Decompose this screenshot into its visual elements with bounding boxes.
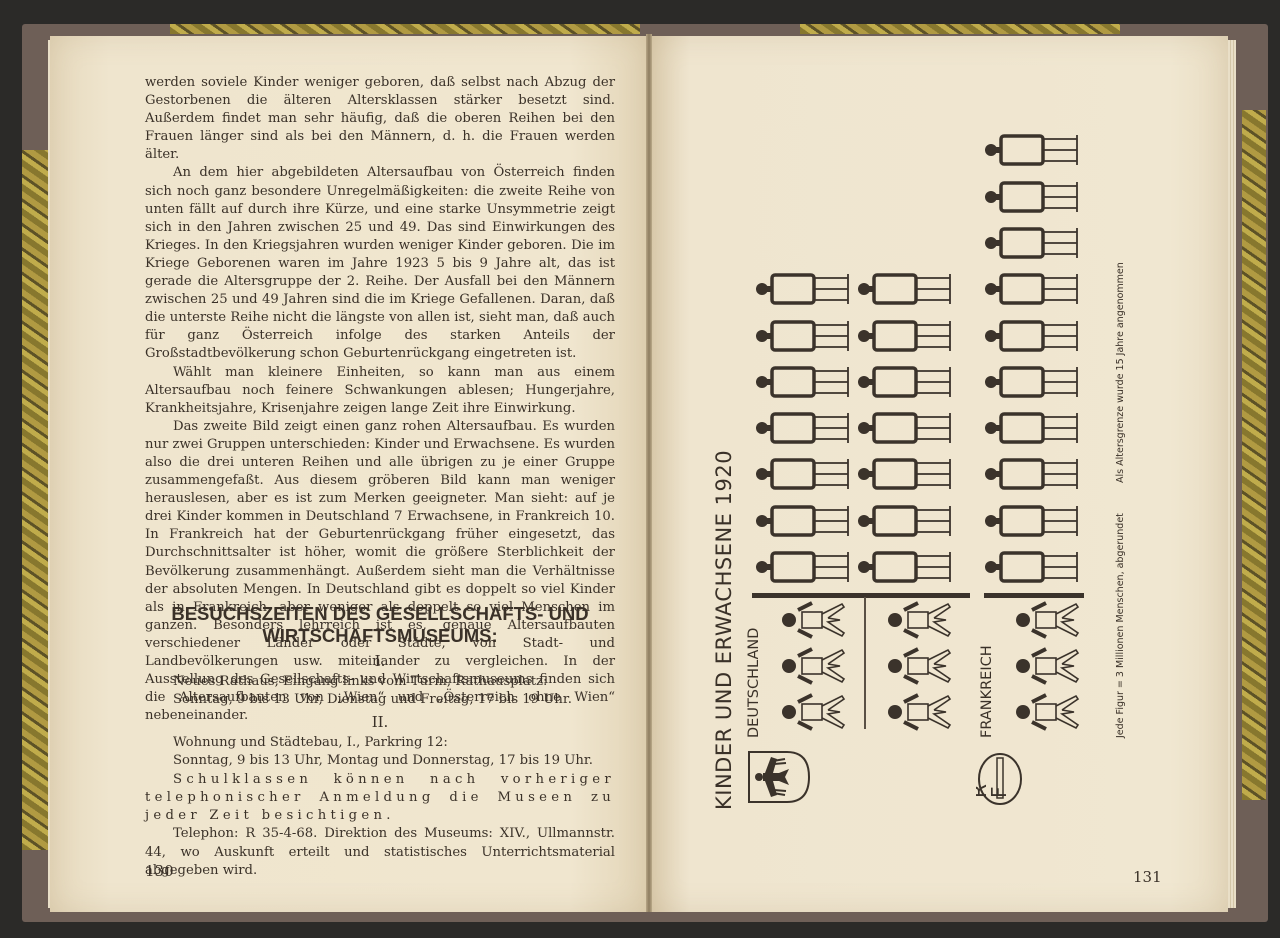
child-figure-icon: [782, 693, 848, 731]
adult-figure-icon: [985, 365, 1083, 399]
section-heading: BESUCHSZEITEN DES GESELLSCHAFTS- UND WIR…: [140, 603, 620, 647]
child-figure-icon: [782, 601, 848, 639]
child-figure-icon: [1016, 601, 1082, 639]
label-deutschland: DEUTSCHLAND: [746, 628, 762, 738]
germany-baseline: [752, 593, 970, 598]
adult-figure-icon: [985, 504, 1083, 538]
child-figure-icon: [888, 601, 954, 639]
svg-text:F: F: [987, 786, 1011, 798]
paragraph: Wählt man kleinere Einheiten, so kann ma…: [145, 364, 615, 418]
marbled-endpaper-right: [1242, 110, 1266, 800]
adult-figure-icon: [858, 365, 956, 399]
france-baseline: [984, 593, 1084, 598]
adult-figure-icon: [858, 457, 956, 491]
paragraph: werden soviele Kinder weniger geboren, d…: [145, 74, 615, 164]
child-figure-icon: [782, 647, 848, 685]
hours-2: Sonntag, 9 bis 13 Uhr, Montag und Donner…: [145, 752, 615, 770]
marbled-endpaper-top-left: [170, 24, 640, 34]
adult-figure-icon: [858, 504, 956, 538]
adult-figure-icon: [756, 550, 854, 584]
section-2: Wohnung und Städtebau, I., Parkring 12: …: [145, 734, 615, 880]
adult-figure-icon: [858, 272, 956, 306]
address-1: Neues Rathaus, Eingang links vom Turm, R…: [145, 673, 615, 691]
marbled-endpaper-top-right: [800, 24, 1120, 34]
contact-info: Telephon: R 35-4-68. Direktion des Museu…: [145, 825, 615, 880]
adult-figure-icon: [985, 411, 1083, 445]
adult-figure-icon: [756, 411, 854, 445]
child-figure-icon: [1016, 693, 1082, 731]
section-1: Neues Rathaus, Eingang links vom Turm, R…: [145, 673, 615, 710]
marbled-endpaper-left: [22, 150, 48, 850]
adult-figure-icon: [985, 457, 1083, 491]
adult-figure-icon: [858, 550, 956, 584]
adult-figure-icon: [756, 457, 854, 491]
school-note: Schulklassen können nach vorheriger tele…: [145, 771, 615, 826]
adult-figure-icon: [985, 226, 1083, 260]
adult-figure-icon: [756, 272, 854, 306]
adult-figure-icon: [985, 180, 1083, 214]
france-rf-emblem-icon: R F: [976, 752, 1024, 806]
label-frankreich: FRANKREICH: [979, 645, 995, 738]
adult-figure-icon: [858, 319, 956, 353]
child-figure-icon: [888, 647, 954, 685]
adult-figure-icon: [756, 504, 854, 538]
paragraph: An dem hier abgebildeten Altersaufbau vo…: [145, 164, 615, 363]
adult-figure-icon: [985, 319, 1083, 353]
address-2: Wohnung und Städtebau, I., Parkring 12:: [145, 734, 615, 752]
adult-figure-icon: [756, 365, 854, 399]
hours-1: Sonntag, 9 bis 13 Uhr, Dienstag und Frei…: [145, 691, 615, 709]
footnote-age-threshold: Als Altersgrenze wurde 15 Jahre angenomm…: [1115, 262, 1126, 483]
adult-figure-icon: [858, 411, 956, 445]
adult-figure-icon: [985, 272, 1083, 306]
section-numeral-2: II.: [140, 713, 620, 731]
child-figure-icon: [888, 693, 954, 731]
section-numeral-1: I.: [140, 652, 620, 670]
page-number-right: 131: [1133, 868, 1162, 886]
child-figure-icon: [1016, 647, 1082, 685]
germany-eagle-emblem-icon: [745, 748, 813, 806]
adult-figure-icon: [756, 319, 854, 353]
chart-title: KINDER UND ERWACHSENE 1920: [712, 450, 736, 810]
footnote-figure-unit: Jede Figur = 3 Millionen Menschen, abger…: [1115, 513, 1126, 738]
page-number-left: 130: [145, 862, 174, 880]
adult-figure-icon: [985, 133, 1083, 167]
germany-separator: [864, 597, 866, 729]
adult-figure-icon: [985, 550, 1083, 584]
book-gutter: [646, 34, 652, 912]
